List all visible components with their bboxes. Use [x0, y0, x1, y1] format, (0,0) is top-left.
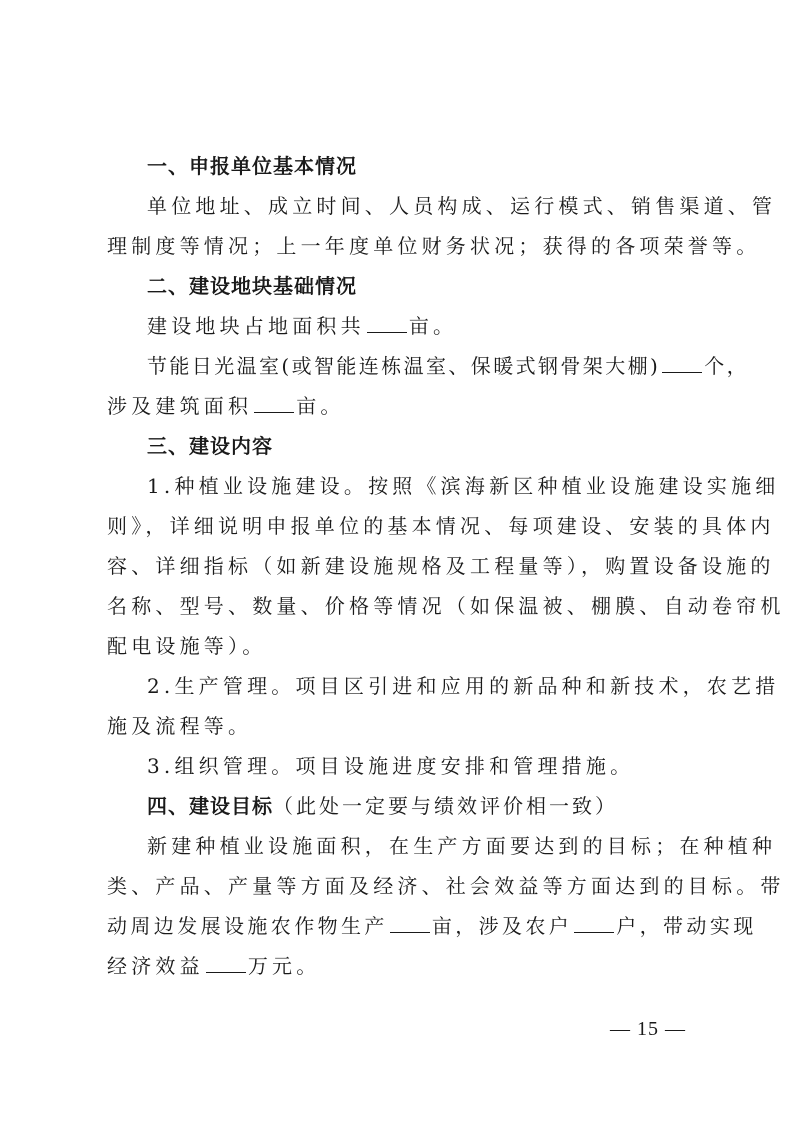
text: 亩。 [409, 314, 457, 338]
paragraph-line: 2.生产管理。项目区引进和应用的新品种和新技术，农艺措 [147, 672, 737, 700]
section-heading-1: 一、申报单位基本情况 [147, 152, 737, 180]
paragraph-line: 单位地址、成立时间、人员构成、运行模式、销售渠道、管 [147, 192, 737, 220]
text: 动周边发展设施农作物生产 [107, 914, 388, 938]
text: 节能日光温室(或智能连栋温室、保暖式钢骨架大棚) [147, 354, 660, 378]
text: 亩。 [296, 394, 344, 418]
text: 个， [704, 354, 749, 378]
paragraph-line: 1.种植业设施建设。按照《滨海新区种植业设施建设实施细 [147, 472, 737, 500]
paragraph-line: 类、产品、产量等方面及经济、社会效益等方面达到的目标。带 [107, 872, 697, 900]
paragraph-line: 配电设施等）。 [107, 632, 697, 660]
section-heading-3: 三、建设内容 [147, 432, 737, 460]
fill-blank[interactable] [390, 914, 430, 933]
text: 万元。 [248, 954, 321, 978]
text: 建设地块占地面积共 [147, 314, 365, 338]
heading-note: （此处一定要与绩效评价相一致） [273, 794, 618, 818]
section-heading-2: 二、建设地块基础情况 [147, 272, 737, 300]
paragraph-line: 容、详细指标（如新建设施规格及工程量等），购置设备设施的 [107, 552, 697, 580]
paragraph-line: 动周边发展设施农作物生产亩，涉及农户户，带动实现 [107, 912, 697, 940]
paragraph-line: 新建种植业设施面积，在生产方面要达到的目标；在种植种 [147, 832, 737, 860]
paragraph-line: 建设地块占地面积共亩。 [147, 312, 737, 340]
paragraph-line: 3.组织管理。项目设施进度安排和管理措施。 [147, 752, 737, 780]
paragraph-line: 理制度等情况；上一年度单位财务状况；获得的各项荣誉等。 [107, 232, 697, 260]
fill-blank[interactable] [662, 354, 702, 373]
document-page: 一、申报单位基本情况 单位地址、成立时间、人员构成、运行模式、销售渠道、管 理制… [0, 0, 794, 1123]
fill-blank[interactable] [367, 314, 407, 333]
fill-blank[interactable] [206, 954, 246, 973]
section-heading-4-row: 四、建设目标（此处一定要与绩效评价相一致） [147, 792, 737, 820]
page-number: — 15 — [610, 1018, 686, 1041]
paragraph-line: 节能日光温室(或智能连栋温室、保暖式钢骨架大棚)个， [147, 352, 737, 380]
text: 涉及建筑面积 [107, 394, 252, 418]
paragraph-line: 涉及建筑面积亩。 [107, 392, 697, 420]
text: 户，带动实现 [616, 914, 756, 938]
section-heading-4: 四、建设目标 [147, 794, 273, 818]
paragraph-line: 施及流程等。 [107, 712, 697, 740]
fill-blank[interactable] [254, 394, 294, 413]
paragraph-line: 经济效益万元。 [107, 952, 697, 980]
paragraph-line: 名称、型号、数量、价格等情况（如保温被、棚膜、自动卷帘机 [107, 592, 697, 620]
text: 经济效益 [107, 954, 204, 978]
text: 亩，涉及农户 [432, 914, 572, 938]
fill-blank[interactable] [574, 914, 614, 933]
paragraph-line: 则》，详细说明申报单位的基本情况、每项建设、安装的具体内 [107, 512, 697, 540]
